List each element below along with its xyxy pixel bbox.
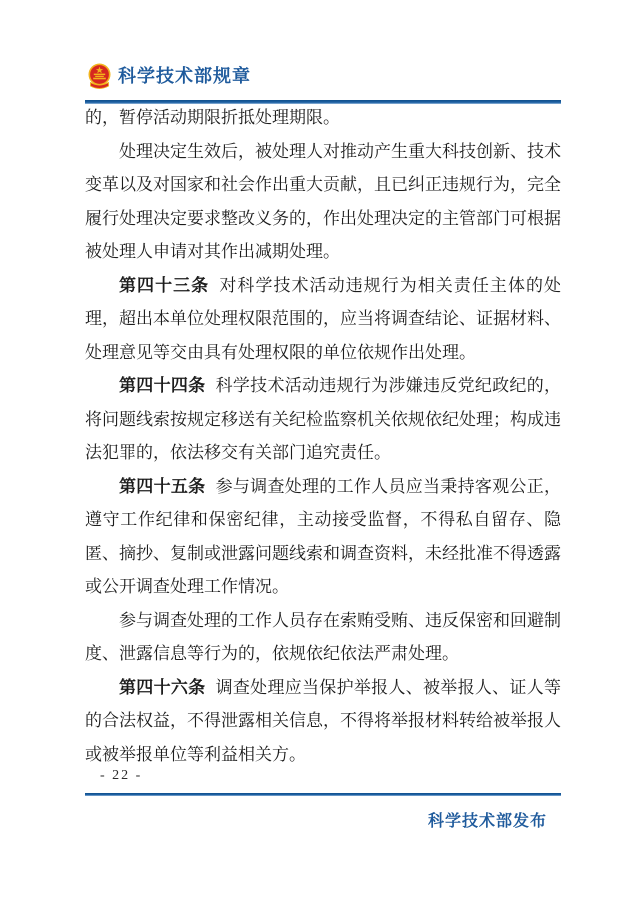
paragraph: 第四十三条对科学技术活动违规行为相关责任主体的处理，超出本单位处理权限范围的，应… — [85, 269, 561, 370]
footer-divider — [85, 793, 561, 796]
article-number: 第四十三条 — [119, 276, 209, 295]
paragraph: 第四十五条参与调查处理的工作人员应当秉持客观公正，遵守工作纪律和保密纪律，主动接… — [85, 470, 561, 604]
document-body: 的，暂停活动期限折抵处理期限。 处理决定生效后，被处理人对推动产生重大科技创新、… — [85, 101, 561, 771]
paragraph-text: 的，暂停活动期限折抵处理期限。 — [85, 108, 340, 127]
paragraph: 的，暂停活动期限折抵处理期限。 — [85, 101, 561, 135]
article-number: 第四十六条 — [119, 678, 205, 697]
paragraph: 第四十六条调查处理应当保护举报人、被举报人、证人等的合法权益，不得泄露相关信息，… — [85, 671, 561, 772]
paragraph-text: 参与调查处理的工作人员存在索贿受贿、违反保密和回避制度、泄露信息等行为的，依规依… — [85, 611, 561, 664]
article-number: 第四十四条 — [119, 376, 205, 395]
paragraph: 处理决定生效后，被处理人对推动产生重大科技创新、技术变革以及对国家和社会作出重大… — [85, 135, 561, 269]
publisher-label: 科学技术部发布 — [85, 808, 547, 831]
china-national-emblem-icon — [87, 63, 112, 90]
article-number: 第四十五条 — [119, 477, 205, 496]
page-number: - 22 - — [100, 768, 142, 784]
paragraph: 第四十四条科学技术活动违规行为涉嫌违反党纪政纪的，将问题线索按规定移送有关纪检监… — [85, 369, 561, 470]
paragraph-text: 处理决定生效后，被处理人对推动产生重大科技创新、技术变革以及对国家和社会作出重大… — [85, 142, 561, 262]
page-header: 科学技术部规章 — [87, 63, 251, 90]
document-page: 科学技术部规章 的，暂停活动期限折抵处理期限。 处理决定生效后，被处理人对推动产… — [0, 0, 640, 905]
page-title: 科学技术部规章 — [118, 63, 251, 90]
paragraph: 参与调查处理的工作人员存在索贿受贿、违反保密和回避制度、泄露信息等行为的，依规依… — [85, 604, 561, 671]
